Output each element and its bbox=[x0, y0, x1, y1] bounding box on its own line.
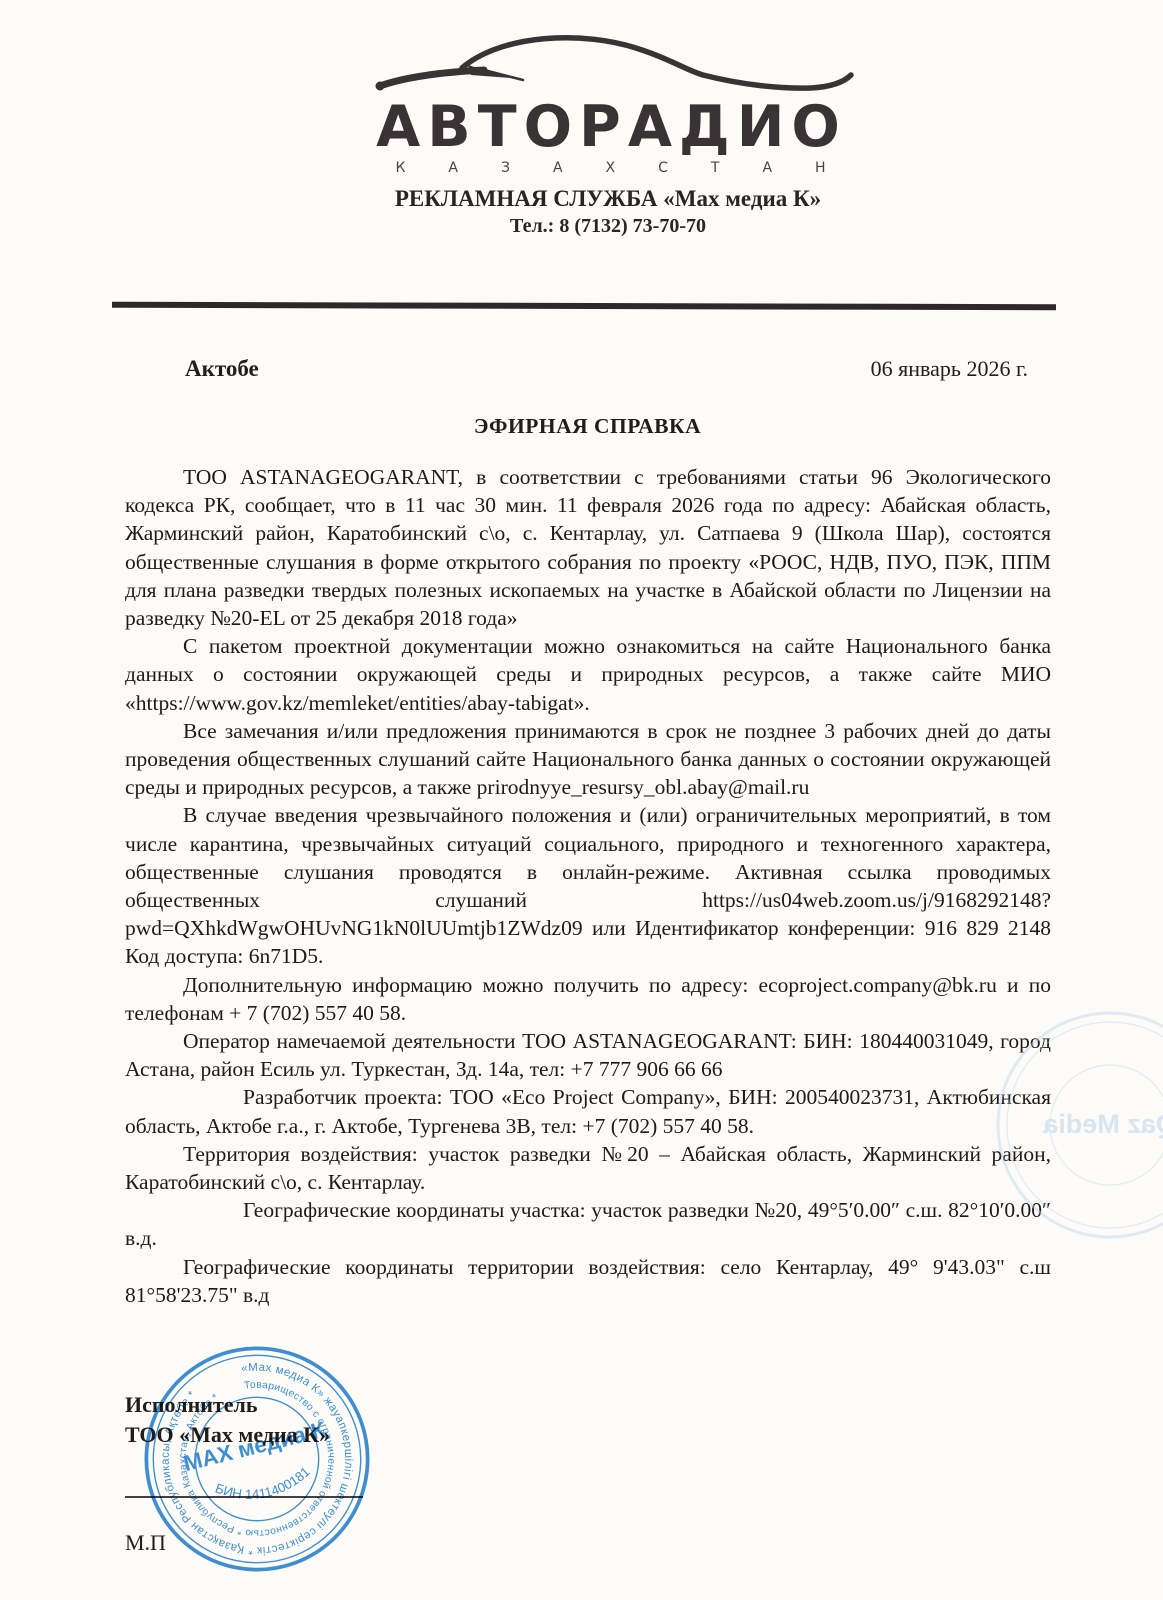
faint-stamp-text: Qaz Media bbox=[1042, 1109, 1163, 1139]
date-label: 06 январь 2026 г. bbox=[871, 356, 1028, 382]
document-title: ЭФИРНАЯ СПРАВКА bbox=[125, 414, 1050, 439]
company-stamp: «Мах медиа К» жауапкершілігі шектеулі се… bbox=[121, 1323, 392, 1594]
meta-row: Актобе 06 январь 2026 г. bbox=[125, 356, 1050, 382]
brand-wordmark: АВТОРАДИО bbox=[348, 94, 868, 160]
document-body: ТОО ASTANAGEOGARANT, в соответствии с тр… bbox=[125, 463, 1051, 1309]
paragraph-10: Географические координаты территории воз… bbox=[125, 1253, 1051, 1309]
paragraph-1: ТОО ASTANAGEOGARANT, в соответствии с тр… bbox=[125, 463, 1051, 632]
paragraph-2: С пакетом проектной документации можно о… bbox=[125, 632, 1051, 717]
paragraph-4: В случае введения чрезвычайного положени… bbox=[125, 801, 1051, 970]
paragraph-3: Все замечания и/или предложения принимаю… bbox=[125, 717, 1051, 802]
paragraph-6: Оператор намечаемой деятельности ТОО AST… bbox=[125, 1027, 1051, 1083]
faint-stamp: Qaz Media bbox=[985, 1000, 1163, 1250]
stamp-company-name: МАХ медиа К bbox=[181, 1417, 328, 1476]
paragraph-9: Географические координаты участка: участ… bbox=[125, 1196, 1051, 1252]
paragraph-8: Территория воздействия: участок разведки… bbox=[125, 1140, 1051, 1196]
brand-country: КАЗАХСТАН bbox=[372, 160, 892, 176]
city-label: Актобе bbox=[185, 356, 259, 382]
paragraph-5: Дополнительную информацию можно получить… bbox=[125, 971, 1051, 1027]
document-page: АВТОРАДИО КАЗАХСТАН РЕКЛАМНАЯ СЛУЖБА «Ма… bbox=[0, 0, 1163, 1600]
phone-line: Тел.: 8 (7132) 73-70-70 bbox=[348, 215, 868, 238]
header-divider bbox=[112, 302, 1056, 310]
paragraph-7: Разработчик проекта: ТОО «Eco Project Co… bbox=[125, 1083, 1051, 1139]
service-line: РЕКЛАМНАЯ СЛУЖБА «Мах медиа К» bbox=[348, 186, 868, 212]
